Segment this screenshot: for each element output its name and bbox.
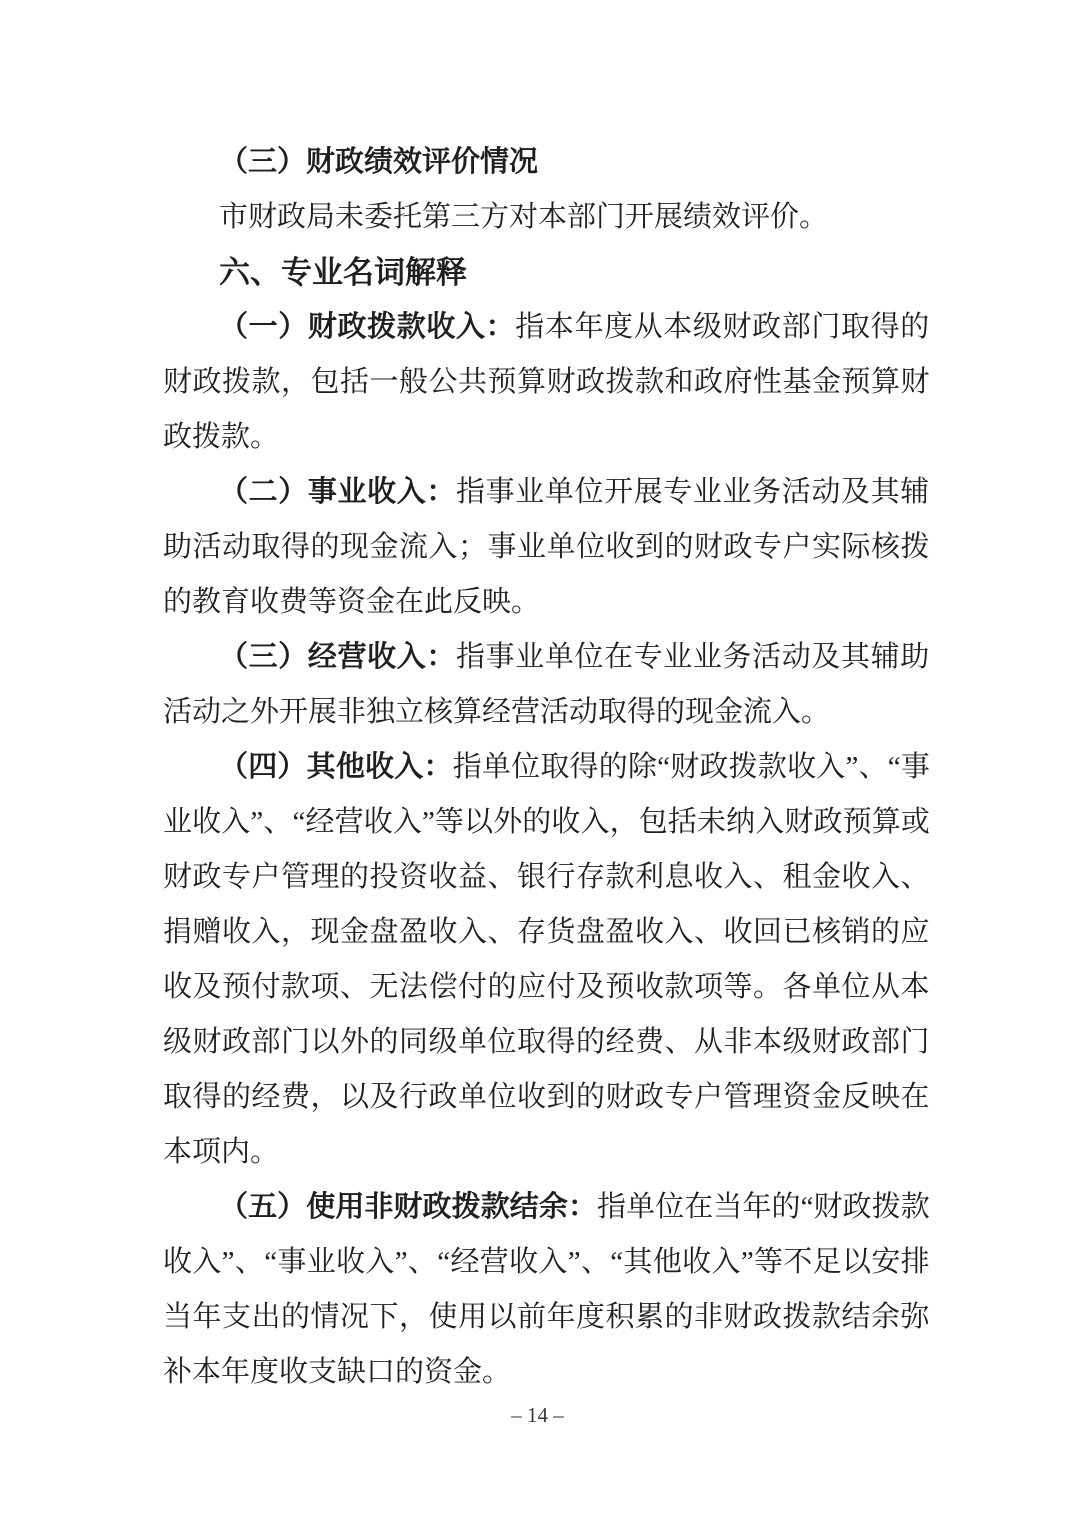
def4-line1-text: 指单位取得的除“财政拨款收入”、“事 xyxy=(453,751,930,783)
def5-line2: 收入”、“事业收入”、“经营收入”、“其他收入”等不足以安排 xyxy=(163,1235,930,1290)
def4-line4: 捐赠收入，现金盘盈收入、存货盘盈收入、收回已核销的应 xyxy=(163,905,930,960)
def2-line1-bold: （二）事业收入： xyxy=(219,476,456,508)
def4-line3-text: 财政专户管理的投资收益、银行存款利息收入、租金收入、 xyxy=(163,861,930,893)
def5-line4: 补本年度收支缺口的资金。 xyxy=(163,1345,930,1400)
def1-line2: 财政拨款，包括一般公共预算财政拨款和政府性基金预算财 xyxy=(163,355,930,410)
def3-line1: （三）经营收入：指事业单位在专业业务活动及其辅助 xyxy=(163,630,930,685)
def4-line6: 级财政部门以外的同级单位取得的经费、从非本级财政部门 xyxy=(163,1015,930,1070)
def4-line5: 收及预付款项、无法偿付的应付及预收款项等。各单位从本 xyxy=(163,960,930,1015)
def2-line2-text: 助活动取得的现金流入；事业单位收到的财政专户实际核拨 xyxy=(163,531,930,563)
def4-line6-text: 级财政部门以外的同级单位取得的经费、从非本级财政部门 xyxy=(163,1026,930,1058)
def5-line1: （五）使用非财政拨款结余：指单位在当年的“财政拨款 xyxy=(163,1180,930,1235)
def5-line3-text: 当年支出的情况下，使用以前年度积累的非财政拨款结余弥 xyxy=(163,1301,930,1333)
document-page: （三）财政绩效评价情况市财政局未委托第三方对本部门开展绩效评价。六、专业名词解释… xyxy=(0,0,1075,1520)
def3-line2: 活动之外开展非独立核算经营活动取得的现金流入。 xyxy=(163,685,930,740)
para-performance-evaluation-text: 市财政局未委托第三方对本部门开展绩效评价。 xyxy=(219,201,828,233)
def4-line1: （四）其他收入：指单位取得的除“财政拨款收入”、“事 xyxy=(163,740,930,795)
def1-line1-text: 指本年度从本级财政部门取得的 xyxy=(515,311,930,343)
heading-6-terminology: 六、专业名词解释 xyxy=(163,245,930,300)
def5-line3: 当年支出的情况下，使用以前年度积累的非财政拨款结余弥 xyxy=(163,1290,930,1345)
def5-line1-bold: （五）使用非财政拨款结余： xyxy=(219,1191,597,1223)
def3-line1-text: 指事业单位在专业业务活动及其辅助 xyxy=(456,641,930,673)
document-body: （三）财政绩效评价情况市财政局未委托第三方对本部门开展绩效评价。六、专业名词解释… xyxy=(163,135,930,1400)
def1-line3-text: 政拨款。 xyxy=(163,421,279,453)
def1-line1: （一）财政拨款收入：指本年度从本级财政部门取得的 xyxy=(163,300,930,355)
def4-line1-bold: （四）其他收入： xyxy=(219,751,453,783)
def4-line4-text: 捐赠收入，现金盘盈收入、存货盘盈收入、收回已核销的应 xyxy=(163,916,930,948)
def1-line2-text: 财政拨款，包括一般公共预算财政拨款和政府性基金预算财 xyxy=(163,366,930,398)
heading-3-performance-evaluation-bold: （三）财政绩效评价情况 xyxy=(219,146,538,178)
def3-line2-text: 活动之外开展非独立核算经营活动取得的现金流入。 xyxy=(163,696,830,728)
def2-line3-text: 的教育收费等资金在此反映。 xyxy=(163,586,540,618)
def4-line2: 业收入”、“经营收入”等以外的收入，包括未纳入财政预算或 xyxy=(163,795,930,850)
def1-line3: 政拨款。 xyxy=(163,410,930,465)
heading-3-performance-evaluation: （三）财政绩效评价情况 xyxy=(163,135,930,190)
def3-line1-bold: （三）经营收入： xyxy=(219,641,456,673)
def2-line3: 的教育收费等资金在此反映。 xyxy=(163,575,930,630)
heading-6-terminology-bold: 六、专业名词解释 xyxy=(219,255,467,290)
def4-line3: 财政专户管理的投资收益、银行存款利息收入、租金收入、 xyxy=(163,850,930,905)
def4-line7: 取得的经费，以及行政单位收到的财政专户管理资金反映在 xyxy=(163,1070,930,1125)
def5-line2-text: 收入”、“事业收入”、“经营收入”、“其他收入”等不足以安排 xyxy=(163,1246,930,1278)
def2-line1-text: 指事业单位开展专业业务活动及其辅 xyxy=(456,476,930,508)
def4-line5-text: 收及预付款项、无法偿付的应付及预收款项等。各单位从本 xyxy=(163,971,930,1003)
def4-line8: 本项内。 xyxy=(163,1125,930,1180)
def4-line2-text: 业收入”、“经营收入”等以外的收入，包括未纳入财政预算或 xyxy=(163,806,930,838)
def2-line1: （二）事业收入：指事业单位开展专业业务活动及其辅 xyxy=(163,465,930,520)
def5-line4-text: 补本年度收支缺口的资金。 xyxy=(163,1356,511,1388)
def4-line8-text: 本项内。 xyxy=(163,1136,279,1168)
para-performance-evaluation: 市财政局未委托第三方对本部门开展绩效评价。 xyxy=(163,190,930,245)
def5-line1-text: 指单位在当年的“财政拨款 xyxy=(597,1191,930,1223)
def2-line2: 助活动取得的现金流入；事业单位收到的财政专户实际核拨 xyxy=(163,520,930,575)
page-number: – 14 – xyxy=(0,1400,1075,1430)
def4-line7-text: 取得的经费，以及行政单位收到的财政专户管理资金反映在 xyxy=(163,1081,930,1113)
def1-line1-bold: （一）财政拨款收入： xyxy=(219,311,515,343)
